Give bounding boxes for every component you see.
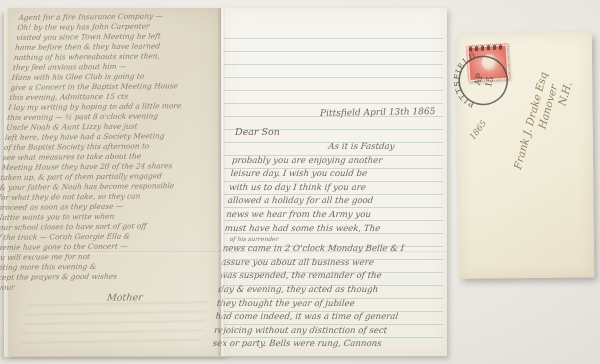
letter-salutation: Dear Son <box>235 127 280 138</box>
letter-text-line: they thought the year of jubilee <box>216 298 423 312</box>
letter-text-line: sex or party. Bells were rung, Cannons <box>212 338 419 352</box>
letter-body-right: As it is Fastdayprobably you are enjoyin… <box>212 141 440 352</box>
letter-text-line: allowed a holiday for all the good <box>227 195 434 209</box>
letter-text-line: probably you are enjoying another <box>231 155 438 169</box>
envelope: PITTSFIELD AP 15 1865 Frank J. Drake Esq… <box>457 32 595 278</box>
letter-dateline: Pittsfield April 13th 1865 <box>319 107 435 119</box>
letter-body-left: Agent for a fire Insurance Company —Oh! … <box>0 11 217 305</box>
letter-text-line: was suspended, the remainder of the <box>219 270 426 284</box>
postmark-icon: PITTSFIELD AP 15 <box>443 41 522 120</box>
letter-text-line: leisure day. I wish you could be <box>230 168 437 182</box>
letter-text-line: day & evening, they acted as though <box>218 284 425 298</box>
letter-text-line: news we hear from the Army you <box>225 209 432 223</box>
letter-text-line: assure you about all business were <box>220 257 427 271</box>
letter-page-right: Pittsfield April 13th 1865 Dear Son As i… <box>221 8 447 356</box>
letter-text-line: of his surrender <box>223 236 430 243</box>
horizontal-crease <box>8 251 447 254</box>
letter-page-left: Agent for a fire Insurance Company —Oh! … <box>8 8 221 356</box>
letter-text-line: had come indeed, it was a time of genera… <box>215 311 422 325</box>
letter-bifolium: Agent for a fire Insurance Company —Oh! … <box>8 8 447 356</box>
ink-bleedthrough <box>20 301 208 350</box>
letter-text-line: must have had some this week, The <box>224 223 431 237</box>
letter-text-line: rejoicing without any distinction of sec… <box>213 325 420 339</box>
center-fold <box>217 8 225 356</box>
letter-text-line: As it is Fastday <box>233 141 440 155</box>
letter-text-line: with us to day I think if you are <box>228 182 435 196</box>
postmark-day: 15 <box>484 76 496 89</box>
photo-background: Agent for a fire Insurance Company —Oh! … <box>0 0 600 364</box>
letter-text-line: news came in 2 O'clock Monday Belle & I <box>222 243 429 257</box>
year-annotation: 1865 <box>468 119 489 142</box>
